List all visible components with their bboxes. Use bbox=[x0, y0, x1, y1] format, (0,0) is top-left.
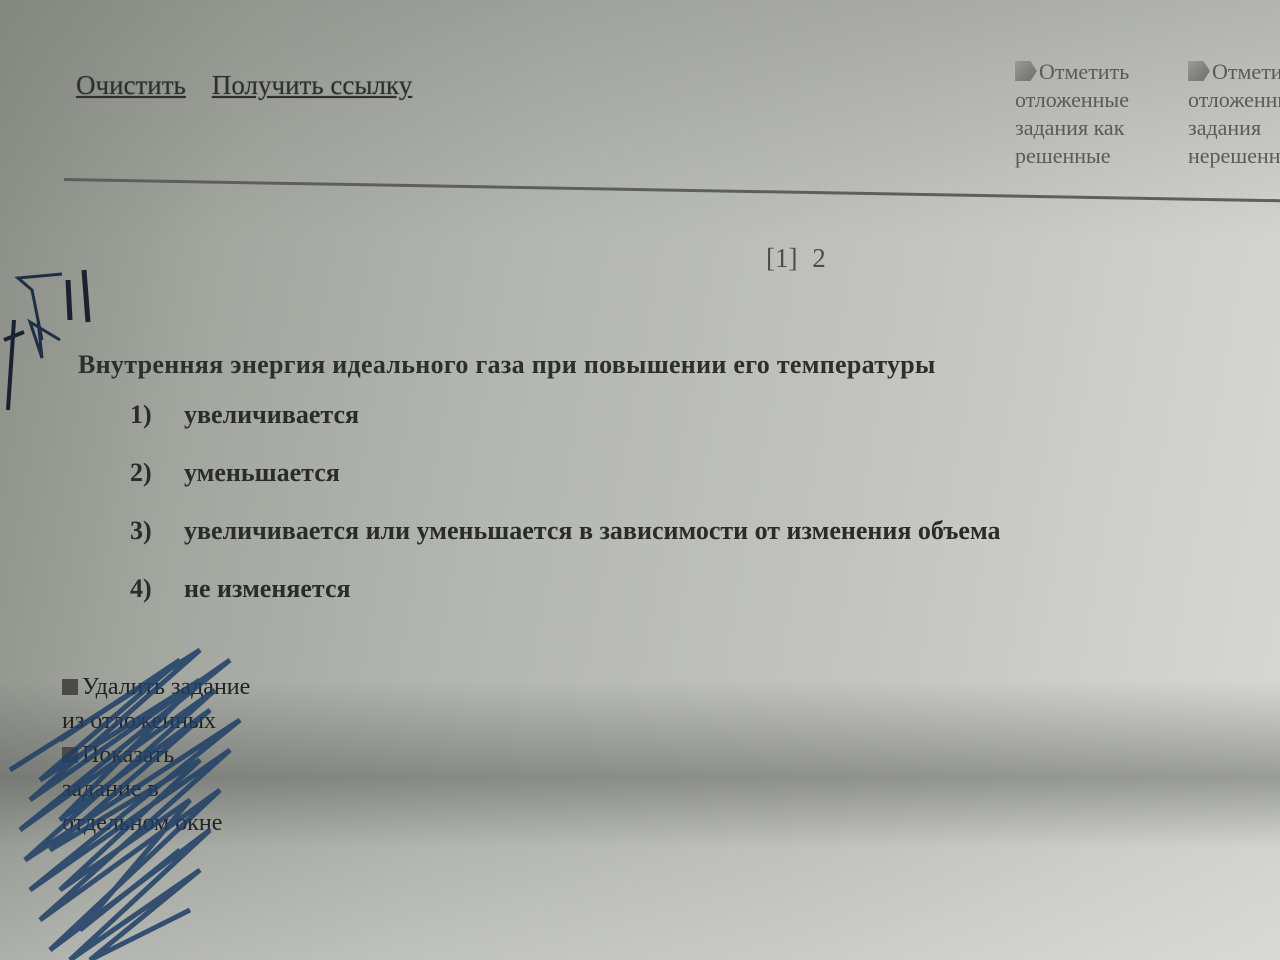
mark-unsolved-button[interactable]: Отметить отложенные задания нерешенные bbox=[1188, 58, 1280, 170]
answer-option[interactable]: 2)уменьшается bbox=[130, 458, 1001, 516]
window-icon bbox=[62, 747, 78, 763]
pager: [1] 2 bbox=[766, 243, 834, 274]
answer-option[interactable]: 3)увеличивается или уменьшается в зависи… bbox=[130, 516, 1001, 574]
answer-text: не изменяется bbox=[184, 574, 351, 603]
show-in-window-link[interactable]: Показать задание в отдельном окне bbox=[62, 738, 252, 840]
answer-option[interactable]: 4)не изменяется bbox=[130, 574, 1001, 632]
answer-number: 4) bbox=[130, 574, 184, 604]
handwritten-number-mark bbox=[0, 260, 110, 420]
answer-text: увеличивается bbox=[184, 400, 359, 429]
answer-number: 1) bbox=[130, 400, 184, 430]
remove-from-deferred-label: Удалить задание из отложенных bbox=[62, 674, 250, 734]
answer-text: уменьшается bbox=[184, 458, 340, 487]
show-in-window-label: Показать задание в отдельном окне bbox=[62, 742, 222, 836]
answer-text: увеличивается или уменьшается в зависимо… bbox=[184, 516, 1001, 545]
page-current[interactable]: [1] bbox=[766, 243, 797, 273]
answer-list: 1)увеличивается 2)уменьшается 3)увеличив… bbox=[130, 400, 1001, 632]
answer-option[interactable]: 1)увеличивается bbox=[130, 400, 1001, 458]
answer-number: 2) bbox=[130, 458, 184, 488]
delete-icon bbox=[62, 679, 78, 695]
answer-number: 3) bbox=[130, 516, 184, 546]
toolbar: Очистить Получить ссылку bbox=[76, 70, 434, 101]
mark-solved-button[interactable]: Отметить отложенные задания как решенные bbox=[1015, 58, 1180, 170]
remove-from-deferred-link[interactable]: Удалить задание из отложенных bbox=[62, 670, 252, 738]
clear-link[interactable]: Очистить bbox=[76, 70, 186, 100]
mark-buttons: Отметить отложенные задания как решенные… bbox=[1015, 58, 1280, 170]
question-text: Внутренняя энергия идеального газа при п… bbox=[78, 350, 936, 380]
divider bbox=[64, 178, 1280, 202]
mark-icon bbox=[1015, 61, 1037, 81]
side-links: Удалить задание из отложенных Показать з… bbox=[62, 670, 252, 840]
page-next[interactable]: 2 bbox=[812, 243, 826, 273]
get-link-link[interactable]: Получить ссылку bbox=[212, 70, 412, 100]
mark-icon bbox=[1188, 61, 1210, 81]
